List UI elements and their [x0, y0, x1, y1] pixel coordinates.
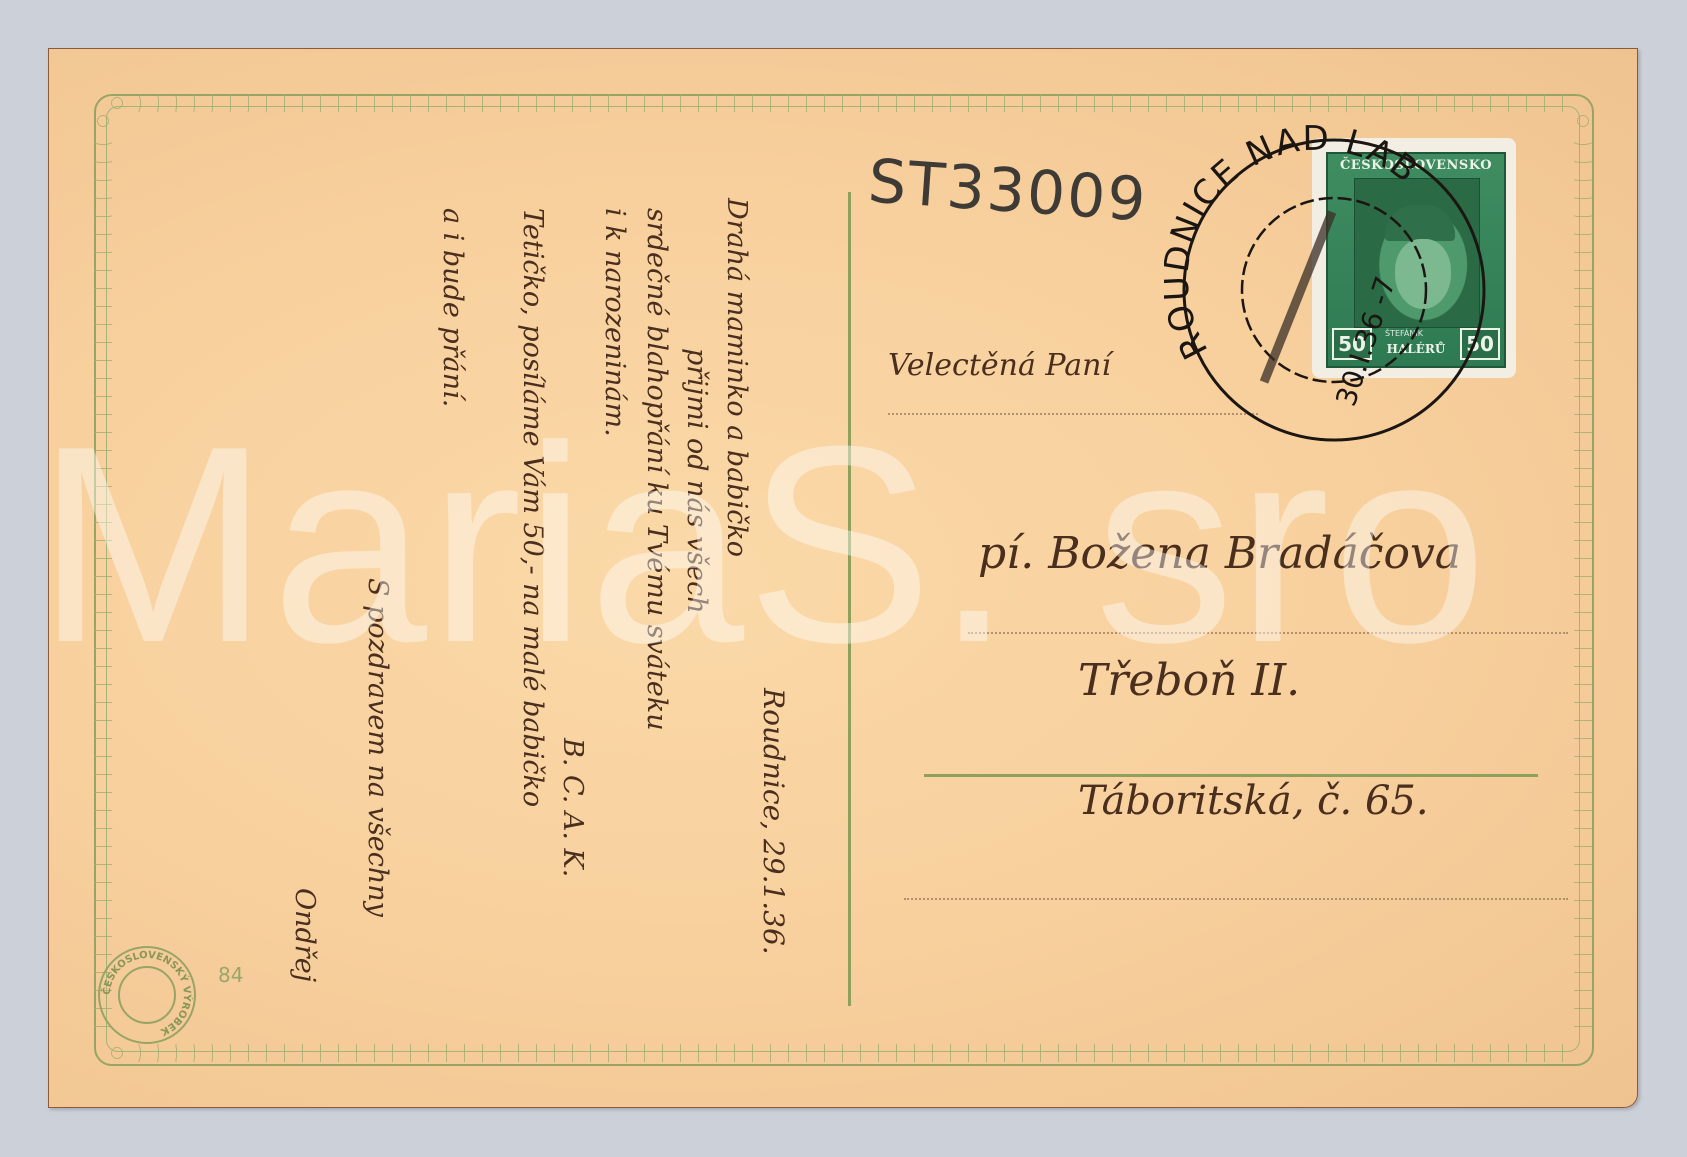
address-dotted-line — [888, 413, 1258, 415]
message-address-divider — [848, 192, 851, 1006]
message-line: a i bude přání. — [437, 208, 468, 407]
stamp-value-left: 50 — [1332, 328, 1372, 360]
portrait-face — [1395, 239, 1451, 309]
frame-garland-right — [1574, 112, 1592, 1044]
postage-stamp: ČESKOSLOVENSKO ŠTEFÁNIK 50 HALÉRŮ 50 — [1316, 142, 1512, 374]
message-signature: Ondřej — [289, 888, 320, 982]
stamp-currency: HALÉRŮ — [1374, 342, 1458, 356]
svg-text:ČESKOSLOVENSKÝ VÝROBEK: ČESKOSLOVENSKÝ VÝROBEK — [100, 950, 194, 1038]
address-dotted-line — [904, 898, 1568, 900]
stamp-value-right: 50 — [1460, 328, 1500, 360]
message-line: Drahá maminko a babičko — [721, 198, 752, 557]
message-line: přijmi od nás všech — [681, 348, 712, 614]
address-recipient: pí. Božena Bradáčova — [978, 528, 1461, 579]
message-line: S pozdravem na všechny — [362, 578, 393, 917]
printer-mark-text: ČESKOSLOVENSKÝ VÝROBEK — [100, 950, 194, 1038]
stamp-face-area: ČESKOSLOVENSKO ŠTEFÁNIK 50 HALÉRŮ 50 — [1326, 152, 1506, 368]
address-solid-line — [924, 774, 1538, 777]
message-place-date: Roudnice, 29.1.36. — [757, 688, 790, 955]
postcard: Roudnice, 29.1.36. Drahá maminko a babič… — [48, 48, 1638, 1108]
printer-mark-seal: ČESKOSLOVENSKÝ VÝROBEK — [92, 940, 202, 1050]
address-street: Táboritská, č. 65. — [1078, 778, 1429, 824]
stamp-portrait: ŠTEFÁNIK — [1354, 178, 1480, 328]
stamp-country: ČESKOSLOVENSKO — [1328, 158, 1504, 173]
frame-garland-left — [94, 112, 112, 1044]
message-line: Tetičko, posíláme Vám 50,- na malé babič… — [517, 208, 548, 807]
address-dotted-line — [968, 632, 1568, 634]
frame-garland-top — [108, 94, 1578, 112]
portrait-hat — [1385, 205, 1455, 241]
address-greeting: Velectěná Paní — [888, 348, 1111, 383]
series-number: 84 — [218, 963, 243, 987]
stamp-portrait-name: ŠTEFÁNIK — [1385, 329, 1423, 338]
message-line: i k narozeninám. — [599, 208, 630, 437]
address-city: Třeboň II. — [1078, 655, 1300, 706]
message-line: B. C. A. K. — [557, 738, 588, 877]
message-line: srdečné blahopřání ku Tvému sváteku — [641, 208, 672, 731]
frame-garland-bottom — [108, 1044, 1578, 1062]
